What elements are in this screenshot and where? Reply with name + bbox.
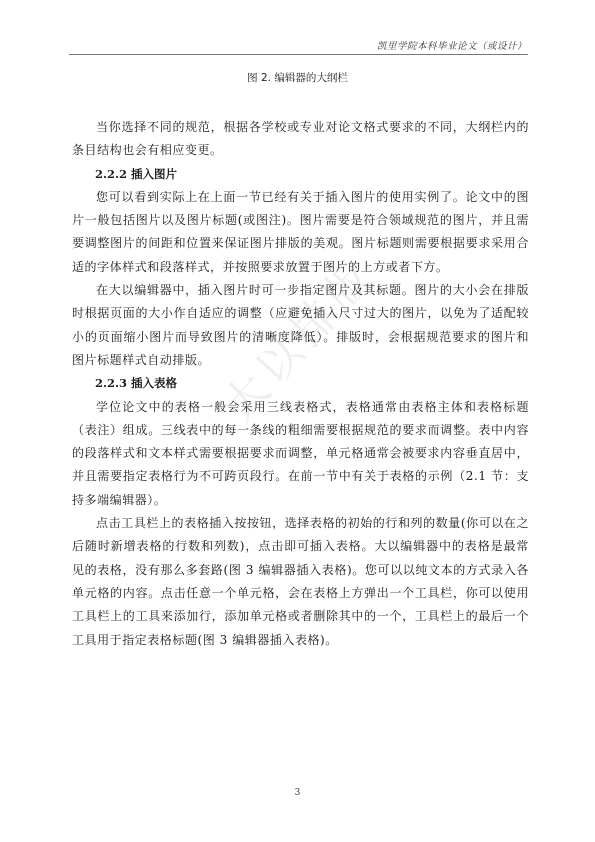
header-rule [69, 54, 528, 55]
heading-insert-table: 2.2.3 插入表格 [72, 372, 529, 395]
figure-caption: 图 2. 编辑器的大纲栏 [0, 70, 595, 85]
body-text: 当你选择不同的规范，根据各学校或专业对论文格式要求的不同，大纲栏内的条目结构也会… [72, 116, 529, 652]
paragraph-table-intro: 学位论文中的表格一般会采用三线表格式，表格通常由表格主体和表格标题（表注）组成。… [72, 396, 529, 512]
paragraph-image-intro: 您可以看到实际上在上面一节已经有关于插入图片的使用实例了。论文中的图片一般包括图… [72, 186, 529, 279]
running-header: 凯里学院本科毕业论文（或设计） [377, 38, 527, 52]
paragraph-outline-note: 当你选择不同的规范，根据各学校或专业对论文格式要求的不同，大纲栏内的条目结构也会… [72, 116, 529, 163]
paragraph-table-editor: 点击工具栏上的表格插入按按钮，选择表格的初始的行和列的数量(你可以在之后随时新增… [72, 512, 529, 652]
paragraph-image-editor: 在大以编辑器中，插入图片时可一步指定图片及其标题。图片的大小会在排版时根据页面的… [72, 279, 529, 372]
page-number: 3 [0, 788, 595, 798]
heading-insert-image: 2.2.2 插入图片 [72, 163, 529, 186]
